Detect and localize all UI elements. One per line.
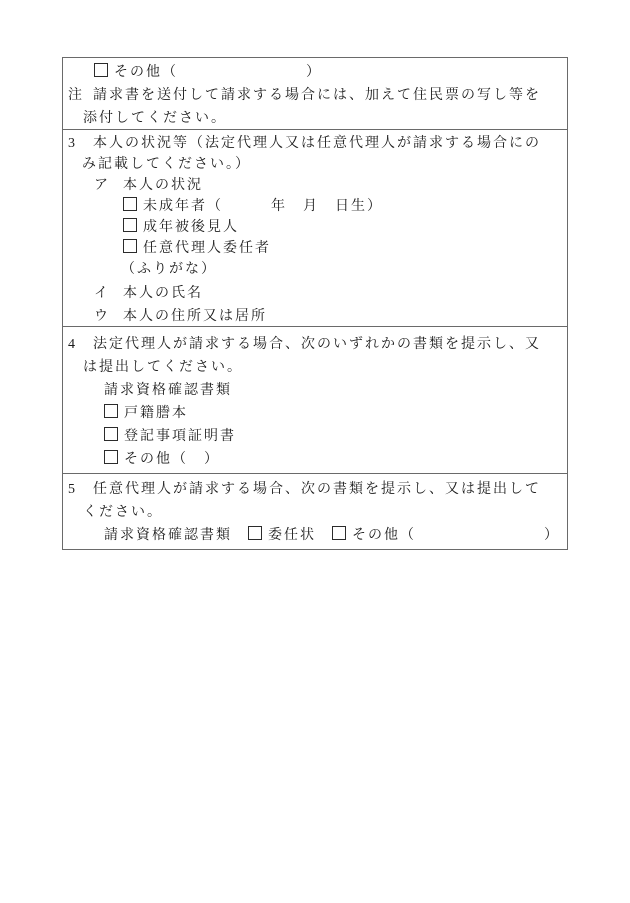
checkbox-registry-cert-icon[interactable] (104, 427, 118, 441)
checkbox-registry-cert-label: 登記事項証明書 (124, 429, 236, 444)
checkbox-voluntary-delegator-label: 任意代理人委任者 (143, 241, 271, 256)
checkbox-koseki-line: 戸籍謄本 (63, 402, 567, 425)
item-u-label: 本人の住所又は居所 (123, 309, 267, 324)
checkbox-power-of-attorney-label: 委任状 (268, 528, 316, 543)
note-line-1: 注請求書を送付して請求する場合には、加えて住民票の写し等を (63, 84, 567, 107)
checkbox-voluntary-delegator-line: 任意代理人委任者 (63, 238, 567, 259)
checkbox-minor-label: 未成年者（ 年 月 日生） (143, 199, 383, 214)
item-i-line: イ本人の氏名 (63, 283, 567, 304)
item-i-label: 本人の氏名 (123, 286, 203, 301)
section4-heading-2: は提出してください。 (83, 360, 243, 375)
checkbox-other-s5-label: その他（ ） (352, 528, 560, 543)
section4-docs-label-line: 請求資格確認書類 (63, 379, 567, 402)
item-u-marker: ウ (94, 306, 123, 327)
section5-heading-line-2: ください。 (63, 501, 567, 524)
section2-continuation-cell: その他（ ） 注請求書を送付して請求する場合には、加えて住民票の写し等を 添付し… (63, 58, 567, 130)
section5-docs-label: 請求資格確認書類 (104, 528, 232, 543)
note-text-2: 添付してください。 (83, 111, 227, 126)
item-a-label: 本人の状況 (123, 178, 203, 193)
section3-heading-line-1: 3本人の状況等（法定代理人又は任意代理人が請求する場合にの (63, 133, 567, 154)
checkbox-adult-ward-line: 成年被後見人 (63, 217, 567, 238)
checkbox-koseki-icon[interactable] (104, 404, 118, 418)
checkbox-minor-line: 未成年者（ 年 月 日生） (63, 196, 567, 217)
checkbox-other-note-icon[interactable] (94, 63, 108, 77)
section4-heading-1: 法定代理人が請求する場合、次のいずれかの書類を提示し、又 (93, 337, 541, 352)
checkbox-other-s4-icon[interactable] (104, 450, 118, 464)
section3-cell: 3本人の状況等（法定代理人又は任意代理人が請求する場合にの み記載してください。… (63, 130, 567, 327)
note-text-1: 請求書を送付して請求する場合には、加えて住民票の写し等を (93, 88, 541, 103)
note-marker: 注 (68, 84, 93, 107)
checkbox-other-s5-icon[interactable] (332, 526, 346, 540)
furigana-line: （ふりがな） (63, 259, 567, 280)
section3-heading-1: 本人の状況等（法定代理人又は任意代理人が請求する場合にの (93, 136, 541, 151)
form-table: その他（ ） 注請求書を送付して請求する場合には、加えて住民票の写し等を 添付し… (62, 57, 568, 550)
item-i-marker: イ (94, 283, 123, 304)
furigana-label: （ふりがな） (121, 262, 217, 277)
section5-heading-line-1: 5任意代理人が請求する場合、次の書類を提示し、又は提出して (63, 478, 567, 501)
section4-heading-line-2: は提出してください。 (63, 356, 567, 379)
checkbox-power-of-attorney-icon[interactable] (248, 526, 262, 540)
note-line-2: 添付してください。 (63, 107, 567, 130)
checkbox-koseki-label: 戸籍謄本 (124, 406, 188, 421)
checkbox-minor-icon[interactable] (123, 197, 137, 211)
section4-cell: 4法定代理人が請求する場合、次のいずれかの書類を提示し、又 は提出してください。… (63, 327, 567, 474)
section3-number: 3 (68, 133, 93, 154)
section5-cell: 5任意代理人が請求する場合、次の書類を提示し、又は提出して ください。 請求資格… (63, 474, 567, 549)
checkbox-adult-ward-label: 成年被後見人 (143, 220, 239, 235)
checkbox-registry-cert-line: 登記事項証明書 (63, 425, 567, 448)
checkbox-adult-ward-icon[interactable] (123, 218, 137, 232)
checkbox-other-s4-label: その他（ ） (124, 452, 220, 467)
section3-heading-line-2: み記載してください。） (63, 154, 567, 175)
section5-heading-2: ください。 (83, 505, 163, 520)
item-a-line: ア本人の状況 (63, 175, 567, 196)
section4-number: 4 (68, 333, 93, 356)
item-u-line: ウ本人の住所又は居所 (63, 306, 567, 327)
item-a-marker: ア (94, 175, 123, 196)
section4-docs-label: 請求資格確認書類 (104, 383, 232, 398)
other-option-label: その他（ ） (114, 65, 322, 80)
section5-heading-1: 任意代理人が請求する場合、次の書類を提示し、又は提出して (93, 482, 541, 497)
section4-heading-line-1: 4法定代理人が請求する場合、次のいずれかの書類を提示し、又 (63, 333, 567, 356)
other-option-line: その他（ ） (63, 61, 567, 84)
checkbox-other-s4-line: その他（ ） (63, 448, 567, 471)
section5-number: 5 (68, 478, 93, 501)
section5-docs-line: 請求資格確認書類委任状その他（ ） (63, 524, 567, 547)
section3-heading-2: み記載してください。） (82, 157, 251, 172)
checkbox-voluntary-delegator-icon[interactable] (123, 239, 137, 253)
